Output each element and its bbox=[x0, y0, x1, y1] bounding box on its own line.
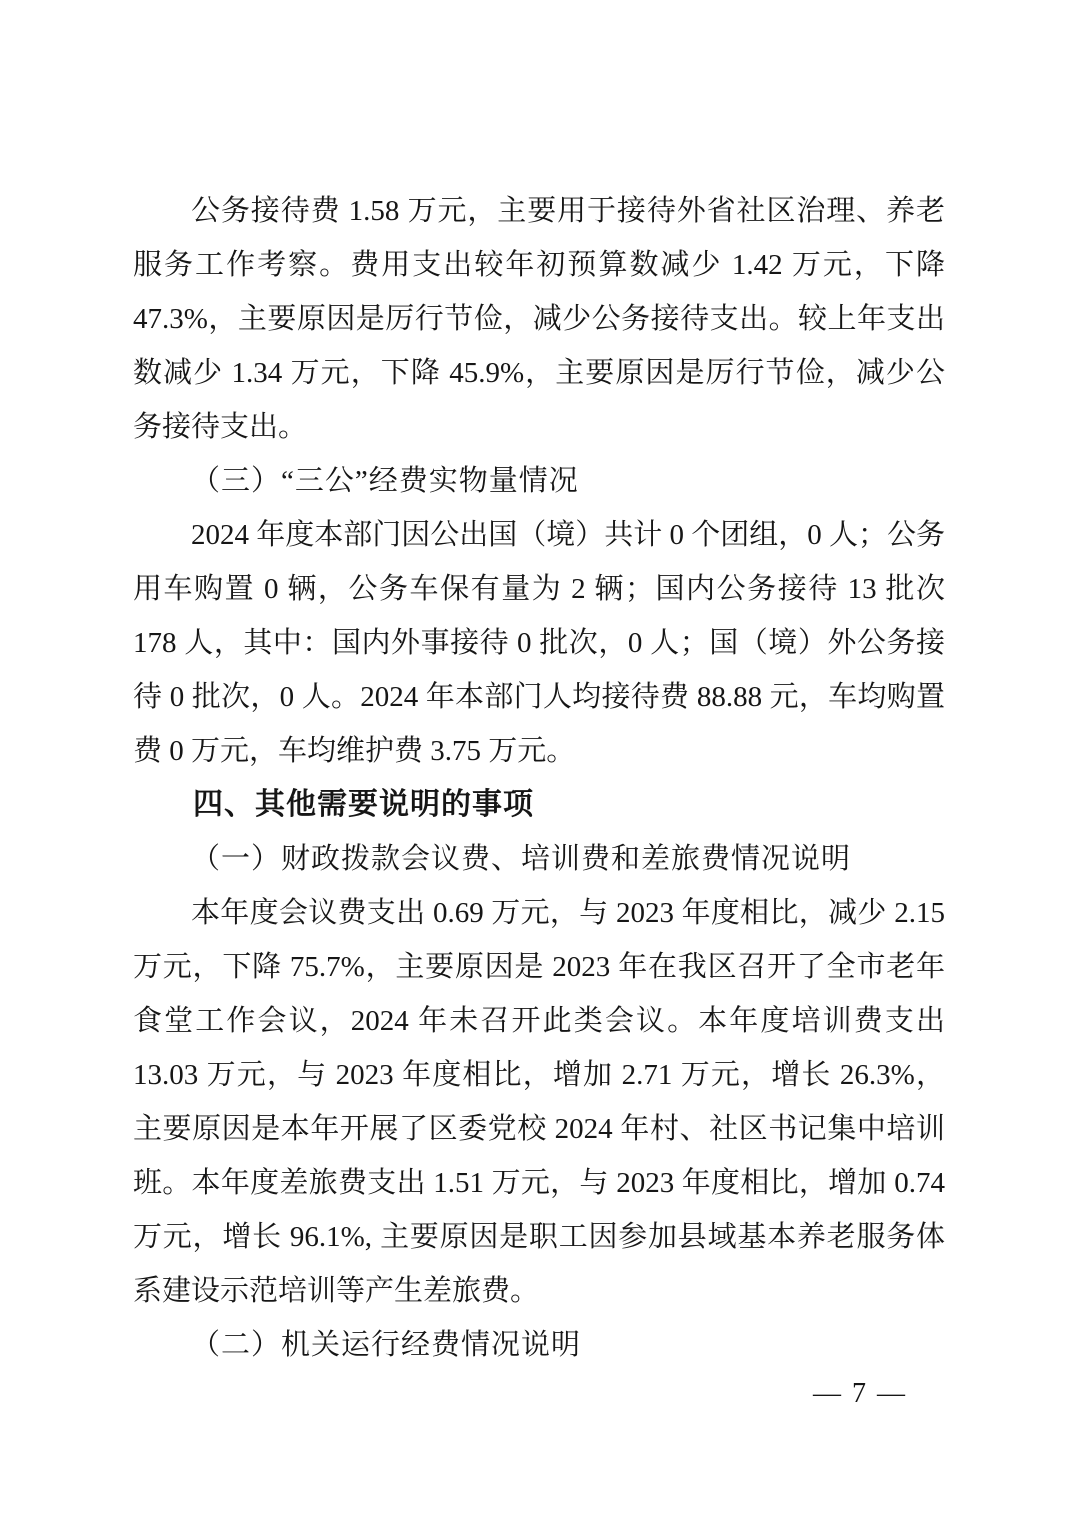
subsection-heading-meeting-training-travel-expense: （一）财政拨款会议费、培训费和差旅费情况说明 bbox=[133, 832, 945, 886]
paragraph-official-reception-expense: 公务接待费 1.58 万元，主要用于接待外省社区治理、养老服务工作考察。费用支出… bbox=[133, 184, 945, 454]
document-page: 公务接待费 1.58 万元，主要用于接待外省社区治理、养老服务工作考察。费用支出… bbox=[0, 0, 1075, 1520]
paragraph-three-public-quantities-detail: 2024 年度本部门因公出国（境）共计 0 个团组，0 人；公务用车购置 0 辆… bbox=[133, 508, 945, 778]
paragraph-meeting-training-travel-detail: 本年度会议费支出 0.69 万元，与 2023 年度相比，减少 2.15 万元，… bbox=[133, 886, 945, 1318]
page-number: — 7 — bbox=[813, 1374, 907, 1414]
subsection-heading-three-public-physical-quantities: （三）“三公”经费实物量情况 bbox=[133, 454, 945, 508]
section-heading-other-matters: 四、其他需要说明的事项 bbox=[133, 778, 945, 832]
document-body: 公务接待费 1.58 万元，主要用于接待外省社区治理、养老服务工作考察。费用支出… bbox=[133, 184, 945, 1372]
subsection-heading-agency-operating-expense: （二）机关运行经费情况说明 bbox=[133, 1318, 945, 1372]
